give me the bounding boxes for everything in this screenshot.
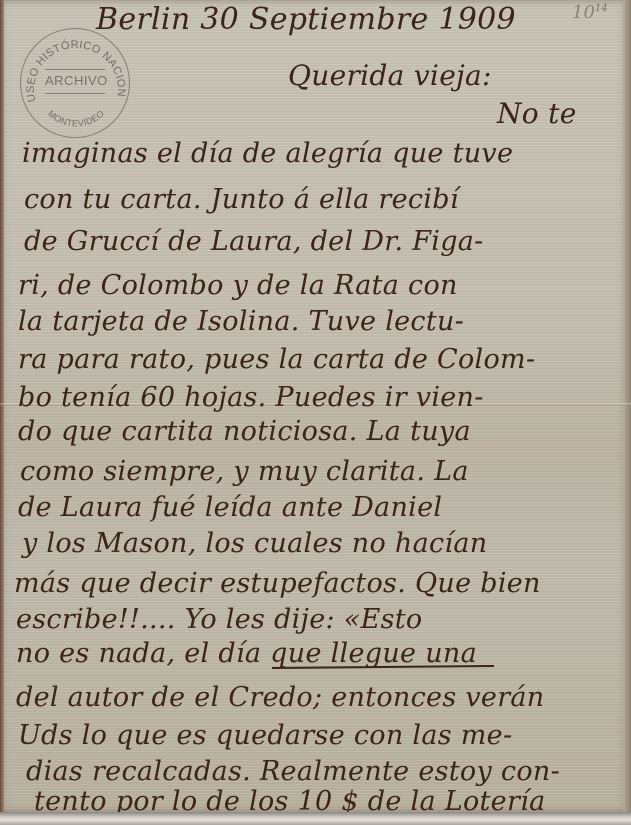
letter-line: No te	[497, 100, 577, 127]
stamp-center-text: ARCHIVO	[45, 69, 105, 94]
scanner-bottom-edge	[0, 812, 631, 825]
page-right-edge	[623, 0, 631, 812]
letter-line: la tarjeta de Isolina. Tuve lectu-	[18, 308, 464, 335]
svg-text:MONTEVIDEO: MONTEVIDEO	[46, 108, 106, 128]
letter-line: ri, de Colombo y de la Rata con	[18, 272, 458, 299]
archive-stamp: MUSEO HISTÓRICO NACIONAL MONTEVIDEO ARCH…	[20, 28, 130, 138]
letter-line: escribe!!.... Yo les dije: «Esto	[16, 606, 422, 633]
letter-line: de Laura fué leída ante Daniel	[18, 494, 442, 521]
letter-line: ra para rato, pues la carta de Colom-	[18, 346, 535, 373]
letter-line: bo tenía 60 hojas. Puedes ir vien-	[18, 384, 484, 411]
page-left-edge	[0, 0, 4, 812]
letter-line: como siempre, y muy clarita. La	[20, 458, 469, 485]
letter-line: de Gruccí de Laura, del Dr. Figa-	[24, 228, 484, 255]
letter-line: no es nada, el día que llegue una	[16, 640, 477, 667]
letter-line: do que cartita noticiosa. La tuya	[18, 418, 471, 445]
letter-line: dias recalcadas. Realmente estoy con-	[26, 758, 560, 785]
letter-line: Uds lo que es quedarse con las me-	[18, 722, 512, 749]
letter-line: tento por lo de los 10 $ de la Lotería	[34, 788, 546, 815]
folio-number-main: 10	[572, 2, 595, 23]
folio-number-superscript: 14	[595, 3, 608, 14]
letter-place-date: Berlin 30 Septiembre 1909	[96, 6, 516, 33]
letter-page: MUSEO HISTÓRICO NACIONAL MONTEVIDEO ARCH…	[0, 0, 631, 812]
stamp-bottom-text: MONTEVIDEO	[46, 108, 106, 128]
letter-salutation: Querida vieja:	[288, 62, 492, 89]
letter-line: más que decir estupefactos. Que bien	[14, 570, 541, 597]
letter-line: y los Mason, los cuales no hacían	[22, 530, 487, 557]
folio-number: 1014	[572, 2, 608, 23]
letter-line: con tu carta. Junto á ella recibí	[24, 186, 459, 213]
letter-line: imaginas el día de alegría que tuve	[22, 140, 513, 167]
letter-line: del autor de el Credo; entonces verán	[16, 684, 545, 711]
